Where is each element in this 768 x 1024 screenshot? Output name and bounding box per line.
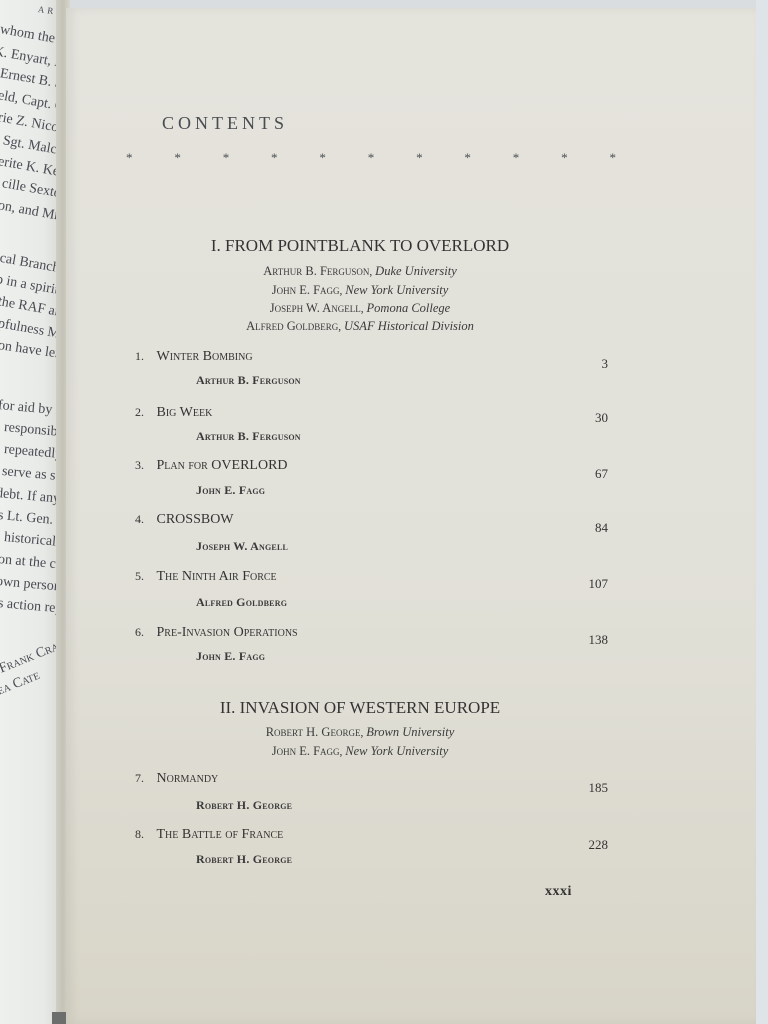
folio-page-number: xxxi: [545, 884, 572, 900]
star-icon: *: [464, 150, 471, 166]
star-icon: *: [368, 150, 375, 166]
author-affiliation: Brown University: [366, 725, 454, 739]
author-name: Robert H. George: [266, 725, 361, 739]
chapter-title: Big Week: [157, 405, 213, 420]
chapter-entry[interactable]: 6. Pre-Invasion Operations: [135, 625, 298, 641]
chapter-title: Pre-Invasion Operations: [157, 625, 298, 640]
left-text-line: s action repres: [0, 596, 62, 619]
star-icon: *: [416, 150, 423, 166]
star-icon: *: [513, 150, 520, 166]
left-text-line: on at the close: [0, 552, 62, 575]
chapter-entry[interactable]: 5. The Ninth Air Force: [135, 569, 277, 585]
author-name: Joseph W. Angell: [270, 301, 361, 315]
star-icon: *: [319, 150, 326, 166]
chapter-number: 1.: [135, 349, 153, 364]
chapter-author: John E. Fagg: [196, 649, 265, 664]
chapter-number: 3.: [135, 458, 153, 473]
chapter-number: 2.: [135, 405, 153, 420]
chapter-title: The Ninth Air Force: [157, 569, 277, 584]
left-text-line: on have lent to: [0, 338, 62, 365]
star-icon: *: [561, 150, 568, 166]
author-affiliation: New York University: [345, 283, 448, 297]
star-icon: *: [223, 150, 230, 166]
page-number: 138: [548, 632, 608, 648]
left-text-line: responsibility fo: [3, 420, 62, 444]
chapter-number: 7.: [135, 771, 153, 786]
chapter-entry[interactable]: 7. Normandy: [135, 771, 218, 787]
page-number: 185: [548, 780, 608, 796]
chapter-author: Robert H. George: [196, 852, 292, 867]
page-number: 3: [548, 356, 608, 372]
chapter-entry[interactable]: 8. The Battle of France: [135, 827, 283, 843]
star-icon: *: [609, 150, 616, 166]
chapter-number: 8.: [135, 827, 153, 842]
page-number: 30: [548, 410, 608, 426]
author-name: Alfred Goldberg: [246, 319, 338, 333]
page-number: 67: [548, 466, 608, 482]
star-icon: *: [174, 150, 181, 166]
star-icon: *: [126, 150, 133, 166]
page-number: 228: [548, 837, 608, 853]
star-divider: * * * * * * * * * * *: [126, 150, 616, 166]
part-author: Robert H. George, Brown University: [110, 725, 610, 740]
chapter-title: CROSSBOW: [157, 512, 234, 527]
part-author: Arthur B. Ferguson, Duke University: [110, 264, 610, 279]
part-heading: I. FROM POINTBLANK TO OVERLORD: [110, 236, 610, 256]
left-text-line: for aid by nume: [0, 398, 62, 422]
chapter-title: Normandy: [157, 771, 219, 786]
chapter-number: 6.: [135, 625, 153, 640]
page-number: 107: [548, 576, 608, 592]
chapter-number: 5.: [135, 569, 153, 584]
chapter-title: The Battle of France: [157, 827, 284, 842]
chapter-entry[interactable]: 3. Plan for OVERLORD: [135, 458, 288, 474]
author-affiliation: USAF Historical Division: [344, 319, 474, 333]
chapter-number: 4.: [135, 512, 153, 527]
left-text-line: debt. If any one: [0, 486, 62, 510]
chapter-author: John E. Fagg: [196, 483, 265, 498]
chapter-entry[interactable]: 4. CROSSBOW: [135, 512, 234, 528]
chapter-entry[interactable]: 2. Big Week: [135, 405, 212, 421]
page-title: CONTENTS: [162, 113, 288, 134]
part-author: Alfred Goldberg, USAF Historical Divisio…: [110, 319, 610, 334]
part-author: John E. Fagg, New York University: [110, 283, 610, 298]
left-text-line: historical office: [3, 530, 62, 554]
left-facing-page: AR 11 whom the Edito K. Enyart, Lt. Co E…: [0, 0, 62, 1024]
chapter-author: Robert H. George: [196, 798, 292, 813]
part-author: Joseph W. Angell, Pomona College: [110, 301, 610, 316]
part-heading: II. INVASION OF WESTERN EUROPE: [110, 698, 610, 718]
page-number: 84: [548, 520, 608, 536]
left-text-line: own personal fi: [0, 574, 62, 598]
background-edge: [756, 0, 768, 1024]
chapter-author: Alfred Goldberg: [196, 595, 287, 610]
author-affiliation: New York University: [345, 744, 448, 758]
left-text-line: serve as sufficie: [1, 464, 62, 488]
chapter-author: Arthur B. Ferguson: [196, 429, 301, 444]
left-text-line: on, and Mr. Davi: [0, 198, 62, 230]
left-text-line: s Lt. Gen. Ira C: [0, 508, 62, 532]
author-name: John E. Fagg: [272, 744, 340, 758]
chapter-author: Arthur B. Ferguson: [196, 373, 301, 388]
author-name: John E. Fagg: [272, 283, 340, 297]
chapter-title: Plan for OVERLORD: [157, 458, 288, 473]
star-icon: *: [271, 150, 278, 166]
chapter-author: Joseph W. Angell: [196, 539, 288, 554]
author-name: Arthur B. Ferguson: [263, 264, 369, 278]
chapter-title: Winter Bombing: [157, 349, 253, 364]
chapter-entry[interactable]: 1. Winter Bombing: [135, 349, 253, 365]
left-text-line: repeatedly in th: [3, 442, 62, 466]
author-affiliation: Pomona College: [367, 301, 451, 315]
part-author: John E. Fagg, New York University: [110, 744, 610, 759]
author-affiliation: Duke University: [375, 264, 457, 278]
